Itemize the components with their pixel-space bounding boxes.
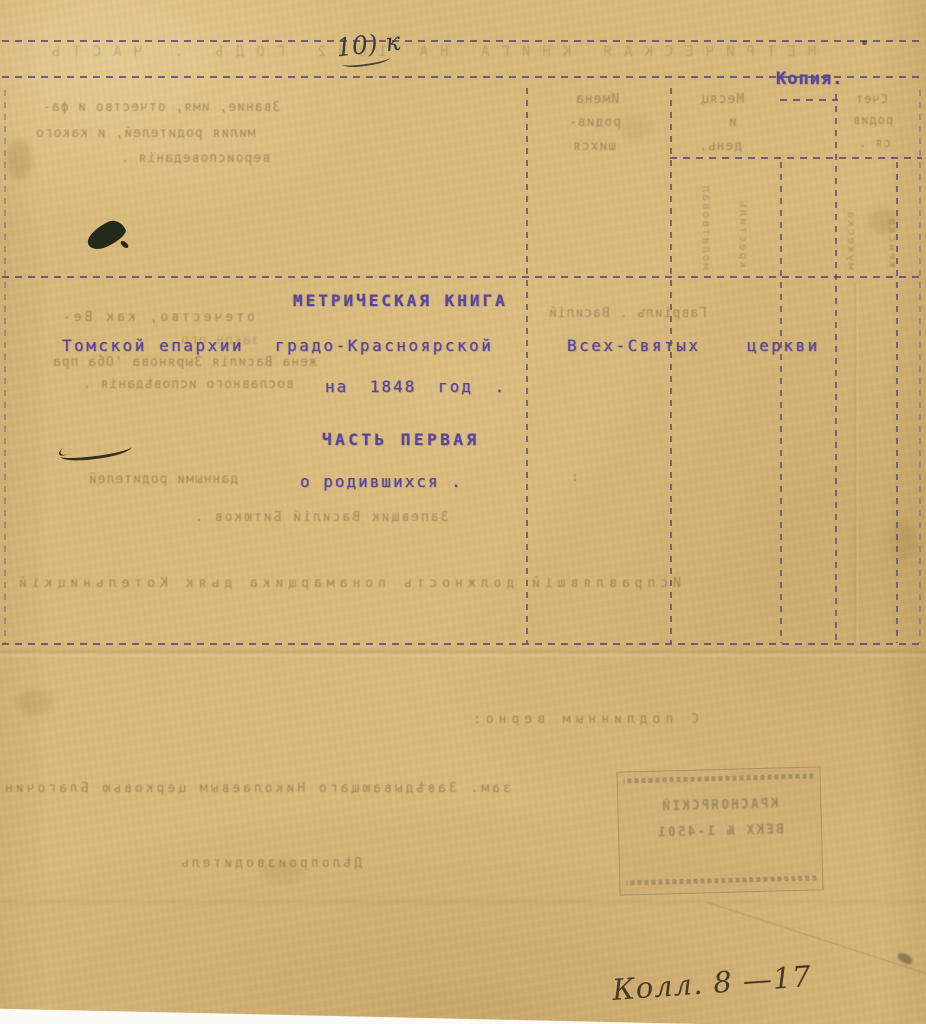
horizontal-fold-crease [0, 648, 926, 658]
bleedthrough-column-word: родив- [568, 115, 621, 130]
scan-background-wedge [0, 1006, 700, 1024]
bleedthrough-column-word: родив [852, 113, 893, 127]
table-line-subheader [670, 157, 922, 159]
bleedthrough-entry-line: вославного исповѣданія . [82, 377, 294, 392]
table-line-col-3 [780, 162, 782, 643]
bleedthrough-colon-mark: : [570, 470, 579, 485]
bleedthrough-column-word: шихся [572, 139, 616, 154]
bleedthrough-header-line: вероисповеданія . [120, 151, 270, 166]
copy-label: Копия. [776, 69, 843, 89]
bleedthrough-rotated-word: мужеска [845, 170, 858, 270]
table-line-col-4 [835, 94, 837, 643]
bleedthrough-entry-line: жена Василія Зырянова 'Оба пра [52, 355, 317, 370]
archive-stamp: КРАСНОЯРСКІЙ ВЕКХ № 1-4501 [616, 766, 823, 895]
bleedthrough-rotated-word: молитвовал [700, 170, 713, 270]
bleedthrough-column-word: Имена [575, 92, 619, 107]
bleedthrough-rotated-word: женска [886, 172, 899, 268]
bleedthrough-rotated-word: крестилъ [737, 172, 750, 268]
ink-blot [83, 217, 129, 254]
subtitle-diocese: Томской епархии [62, 336, 244, 355]
bleedthrough-column-word: Счет [855, 92, 888, 106]
bleedthrough-column-word: Месяц [700, 92, 744, 107]
bleedthrough-certify-line: С подлинным верно: [468, 712, 699, 727]
bleedthrough-entry-line: данными родителей [88, 472, 238, 487]
subtitle-church-word: церкви [747, 336, 820, 355]
stamp-border-row [624, 774, 814, 784]
bleedthrough-header-line: милия родителей, и какого [35, 126, 256, 141]
subtitle-church-name: Всех-Святых [567, 336, 700, 355]
bleedthrough-official-line: зам. Завѣдывающаго Николаевым церковью Б… [2, 781, 511, 796]
handwritten-note-bottom: Колл. 8 —17 [611, 959, 813, 1007]
table-line-top [2, 40, 922, 42]
stamp-text-line: ВЕКХ № 1-4501 [619, 821, 821, 841]
vertical-crease [853, 282, 859, 642]
bleedthrough-column-word: день. [698, 139, 742, 154]
year-line: на 1848 год . [325, 377, 506, 396]
table-line-right-edge [919, 90, 921, 643]
faint-crease [0, 898, 926, 906]
stamp-border-row [626, 875, 816, 885]
ink-speck [862, 41, 867, 45]
stamp-text-line: КРАСНОЯРСКІЙ [618, 795, 820, 815]
bleedthrough-clerk-title: Дѣлопроизводитель [178, 856, 362, 871]
bleedthrough-entry-line: Гавріилъ . Василій [548, 306, 707, 321]
copy-label-underline [780, 99, 838, 101]
bleedthrough-clerk-line: Запевщик Василій Битюков . [193, 510, 449, 525]
table-line-col-2 [670, 88, 672, 643]
table-line-left-edge [4, 90, 6, 643]
ink-smudge [896, 951, 914, 967]
table-line-header-bottom [2, 276, 922, 278]
bleedthrough-header-line: Звание, имя, отчество и фа- [42, 100, 280, 115]
part-heading: ЧАСТЬ ПЕРВАЯ [322, 430, 480, 449]
bleedthrough-top-band: МЕТРИЧЕСКАЯ КНИГА НА 1892 ГОДЪ . ЧАСТЬ [40, 44, 816, 60]
bleedthrough-column-word: ся . [858, 136, 891, 150]
subtitle-city: градо-Красноярской [275, 336, 493, 355]
part-subheading: о родившихся . [300, 472, 463, 491]
table-line-body-bottom [2, 643, 922, 645]
bleedthrough-clerk-line: Исправлявшій должность понамарщика дьяк … [14, 576, 681, 591]
ink-blot-speck [119, 240, 129, 250]
age-spot [6, 140, 32, 180]
age-spot [16, 690, 52, 716]
bleedthrough-entry-line: отечество, как Ве- [60, 310, 255, 325]
bleedthrough-column-word: и [728, 115, 737, 130]
page-title: МЕТРИЧЕСКАЯ КНИГА [293, 291, 508, 310]
scanned-metrical-book-page: МЕТРИЧЕСКАЯ КНИГА НА 1892 ГОДЪ . ЧАСТЬ З… [0, 0, 926, 1024]
table-line-col-1 [526, 88, 528, 643]
age-spot [620, 118, 650, 138]
age-spot [890, 520, 916, 560]
